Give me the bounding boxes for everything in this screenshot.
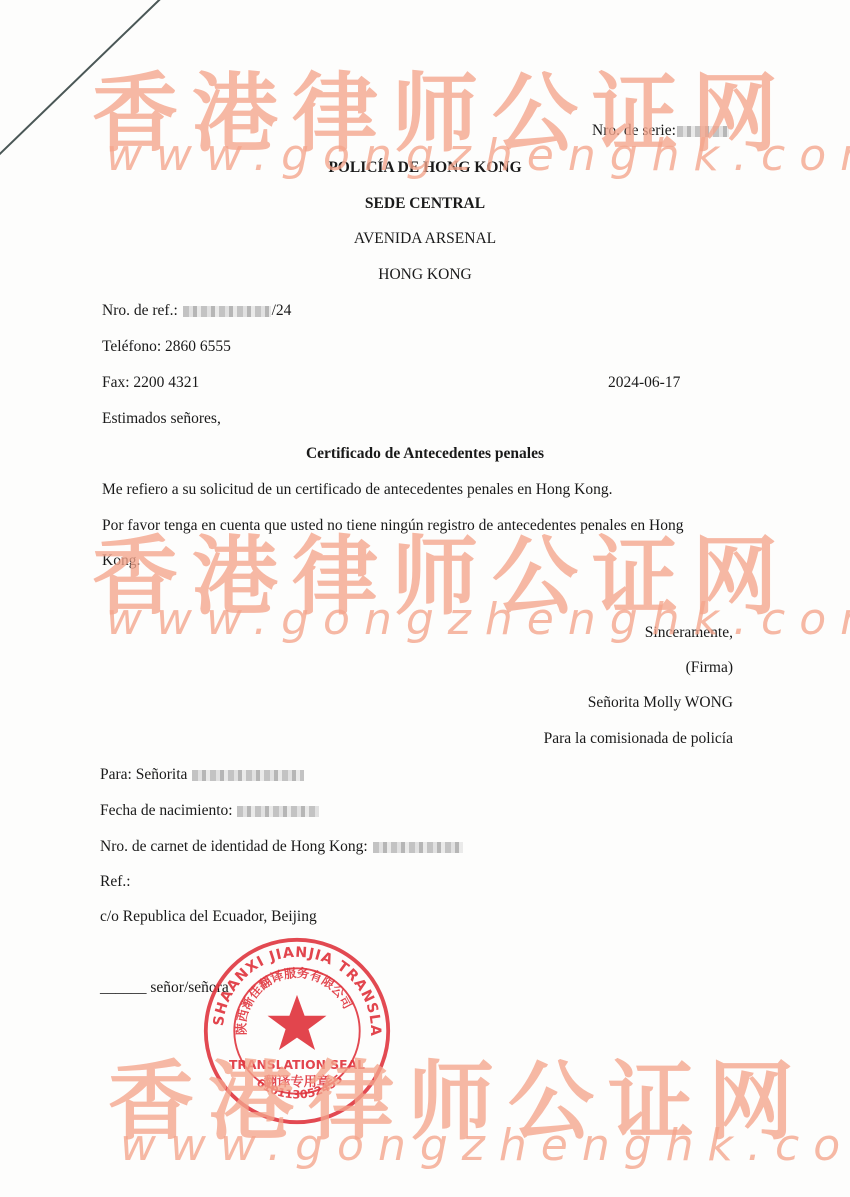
org-name: POLICÍA DE HONG KONG (0, 160, 850, 176)
certificate-title: Certificado de Antecedentes penales (0, 446, 850, 462)
to-label: Para: Señorita (100, 766, 187, 783)
signatory-name: Señorita Molly WONG (588, 695, 733, 711)
redacted-dob (237, 806, 319, 817)
seal-label: TRANSLATION SEAL (229, 1058, 365, 1072)
hk-id-number: Nro. de carnet de identidad de Hong Kong… (100, 839, 464, 855)
id-label: Nro. de carnet de identidad de Hong Kong… (100, 838, 368, 855)
serial-number: Nro. de serie: (592, 123, 730, 139)
ref-suffix: /24 (272, 302, 292, 319)
fax: Fax: 2200 4321 (102, 375, 199, 391)
dob-label: Fecha de nacimiento: (100, 802, 233, 819)
body-paragraph-1: Me refiero a su solicitud de un certific… (102, 482, 612, 498)
body-paragraph-2-line-1: Por favor tenga en cuenta que usted no t… (102, 518, 683, 534)
body-paragraph-2-line-2: Kong. (102, 553, 140, 569)
reference-number: Nro. de ref.: /24 (102, 303, 291, 319)
ref-label: Nro. de ref.: (102, 302, 178, 319)
street-address: AVENIDA ARSENAL (0, 231, 850, 247)
letter-date: 2024-06-17 (608, 375, 680, 391)
blank-line: ______ (100, 979, 147, 996)
salutation: Estimados señores, (102, 411, 221, 427)
office-name: SEDE CENTRAL (0, 196, 850, 212)
redacted-serial (677, 126, 729, 137)
date-of-birth: Fecha de nacimiento: (100, 803, 320, 819)
translation-seal-stamp: SHAANXI JIANJIA TRANSLATION SERVICES CO.… (202, 936, 392, 1126)
phone: Teléfono: 2860 6555 (102, 339, 231, 355)
signatory-role: Para la comisionada de policía (544, 731, 733, 747)
recipient-name: Para: Señorita (100, 767, 305, 783)
watermark-url-bottom: www.gongzhenghk.com (120, 1120, 850, 1171)
redacted-name (192, 770, 304, 781)
ref-line: Ref.: (100, 874, 131, 890)
watermark-url-middle: www.gongzhenghk.com (106, 594, 850, 645)
document-page: Nro. de serie: POLICÍA DE HONG KONG SEDE… (0, 0, 850, 1197)
closing: Sinceramente, (645, 625, 733, 641)
redacted-id (373, 842, 463, 853)
city: HONG KONG (0, 267, 850, 283)
watermark-cn-top: 香港律师公证网 (92, 44, 792, 168)
redacted-ref (183, 306, 271, 317)
signature-placeholder: (Firma) (686, 660, 733, 676)
star-icon (268, 995, 327, 1050)
scan-crease-line (0, 0, 164, 163)
care-of-address: c/o Republica del Ecuador, Beijing (100, 909, 317, 925)
serial-label: Nro. de serie: (592, 122, 676, 139)
